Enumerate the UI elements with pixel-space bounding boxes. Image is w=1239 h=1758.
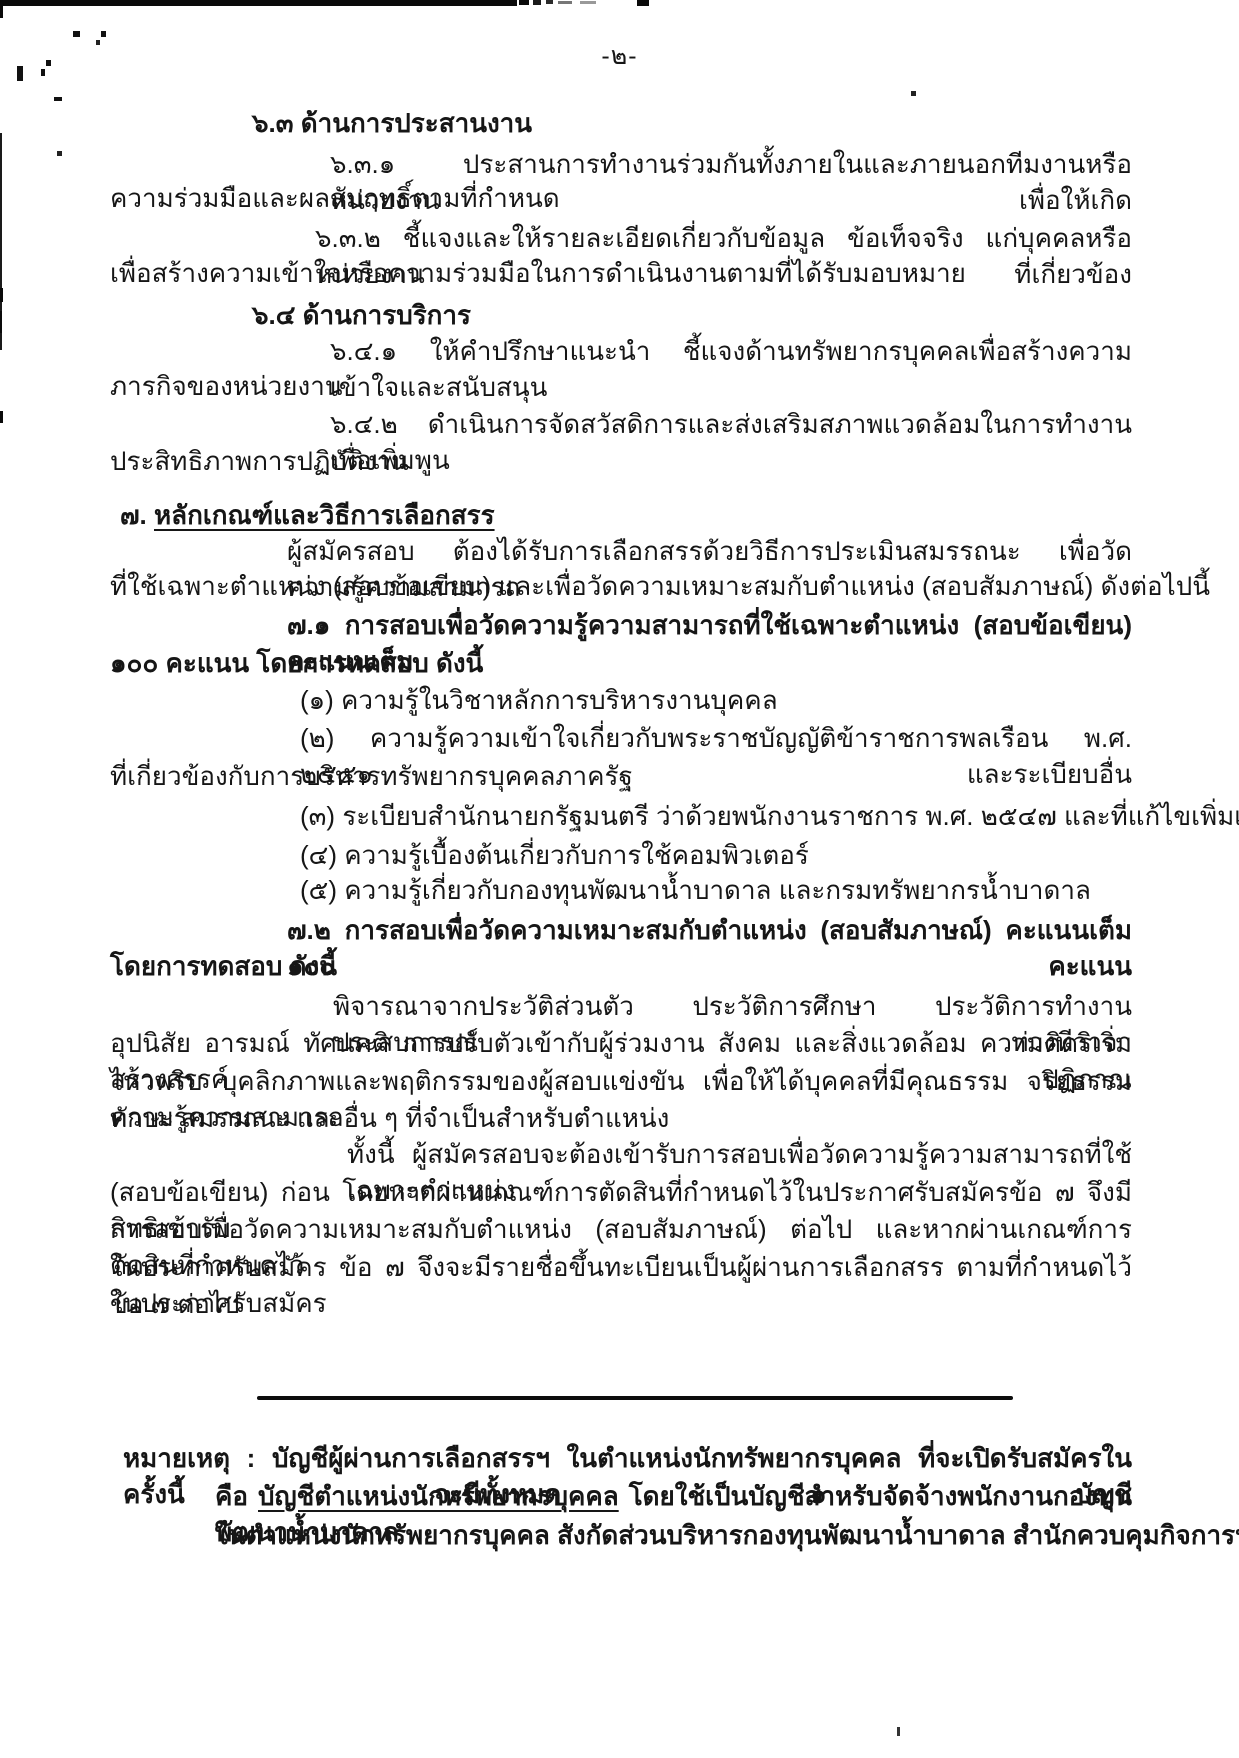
scan-speck [46,60,51,66]
scan-speck [54,97,62,101]
scan-speck [897,1727,900,1736]
text-line: ภารกิจของหน่วยงาน [110,368,343,404]
text-segment: ๖.๓ ด้านการประสานงาน [252,108,532,138]
scan-speck [57,151,62,156]
text-segment: ๗. [120,500,154,530]
text-line: (๕) ความรู้เกี่ยวกับกองทุนพัฒนาน้ำบาดาล … [300,872,1091,908]
text-segment: (๔) ความรู้เบื้องต้นเกี่ยวกับการใช้คอมพิ… [300,840,809,870]
text-line: ในตำแหน่งนักทรัพยากรบุคคล สังกัดส่วนบริห… [215,1517,1239,1553]
text-segment: ความร่วมมือและผลสัมฤทธิ์ตามที่กำหนด [110,183,560,213]
divider-line [257,1396,1013,1400]
scan-speck [0,0,517,6]
text-line: ๖.๔.๑ ให้คำปรึกษาแนะนำ ชี้แจงด้านทรัพยาก… [330,333,1132,405]
text-segment: ๖.๔.๒ ดำเนินการจัดสวัสดิการและส่งเสริมสภ… [330,409,1132,475]
text-line: ที่เกี่ยวข้องกับการบริหารทรัพยากรบุคคลภา… [110,758,633,794]
text-line: (๓) ระเบียบสำนักนายกรัฐมนตรี ว่าด้วยพนัก… [300,798,1239,834]
text-line: ข้อ ๗ ต่อไป [110,1286,239,1322]
text-line: ๖.๓ ด้านการประสานงาน [252,105,532,141]
text-segment: ที่เกี่ยวข้องกับการบริหารทรัพยากรบุคคลภา… [110,761,633,791]
text-segment: (๕) ความรู้เกี่ยวกับกองทุนพัฒนาน้ำบาดาล … [300,875,1091,905]
scan-speck [580,1,596,4]
text-segment: ๑๐๐ คะแนน โดยการทดสอบ ดังนี้ [110,648,483,678]
text-segment: เพื่อสร้างความเข้าใจหรือความร่วมมือในการ… [110,258,966,288]
text-line: ที่ใช้เฉพาะตำแหน่ง (สอบข้อเขียน) และเพื่… [110,568,1210,604]
text-line: โดยการทดสอบ ดังนี้ [110,948,337,984]
scan-speck [546,0,553,4]
scan-speck [0,288,3,302]
scan-speck [0,411,3,423]
text-line: (๑) ความรู้ในวิชาหลักการบริหารงานบุคคล [300,682,778,718]
text-segment: หลักเกณฑ์และวิธีการเลือกสรร [154,500,495,530]
text-line: ทักษะ สมรรถนะ และอื่น ๆ ที่จำเป็นสำหรับต… [110,1100,669,1136]
scan-speck [101,31,106,37]
page-number: -๒- [0,36,1239,76]
scan-speck [533,0,541,5]
scan-speck [0,0,3,18]
text-segment: ภารกิจของหน่วยงาน [110,371,343,401]
text-line: เพื่อสร้างความเข้าใจหรือความร่วมมือในการ… [110,255,966,291]
text-line: ประสิทธิภาพการปฏิบัติงาน [110,443,409,479]
scan-speck [519,0,529,5]
scan-speck [0,311,2,333]
text-line: ๖.๔ ด้านการบริการ [252,297,471,333]
document-page: -๒- ๖.๓ ด้านการประสานงาน๖.๓.๑ ประสานการท… [0,0,1239,1758]
text-segment: ประสิทธิภาพการปฏิบัติงาน [110,446,409,476]
text-segment: คือ [215,1481,258,1511]
text-segment: ที่ใช้เฉพาะตำแหน่ง (สอบข้อเขียน) และเพื่… [110,571,1210,601]
text-line: ในประกาศรับสมัคร ข้อ ๗ จึงจะมีรายชื่อขึ้… [110,1249,1132,1321]
text-segment: ทักษะ สมรรถนะ และอื่น ๆ ที่จำเป็นสำหรับต… [110,1103,669,1133]
scan-speck [558,1,572,4]
text-line: (๔) ความรู้เบื้องต้นเกี่ยวกับการใช้คอมพิ… [300,837,809,873]
text-segment: ในตำแหน่งนักทรัพยากรบุคคล สังกัดส่วนบริห… [215,1520,1239,1550]
text-line: ความร่วมมือและผลสัมฤทธิ์ตามที่กำหนด [110,180,560,216]
text-segment: บัญชีตำแหน่งนักทรัพยากรบุคคล [258,1481,619,1511]
scan-speck [96,40,100,45]
scan-speck [41,69,45,76]
text-segment: โดยการทดสอบ ดังนี้ [110,951,337,981]
scan-speck [17,66,23,81]
text-segment: ๗.๒ การสอบเพื่อวัดความเหมาะสมกับตำแหน่ง … [287,915,1132,981]
text-segment: (๓) ระเบียบสำนักนายกรัฐมนตรี ว่าด้วยพนัก… [300,801,1239,831]
scan-speck [73,31,80,37]
text-line: ๑๐๐ คะแนน โดยการทดสอบ ดังนี้ [110,645,483,681]
text-segment: ในประกาศรับสมัคร ข้อ ๗ จึงจะมีรายชื่อขึ้… [110,1252,1132,1318]
scan-speck [637,0,649,6]
text-line: ๗.๒ การสอบเพื่อวัดความเหมาะสมกับตำแหน่ง … [287,912,1132,984]
text-line: ๗. หลักเกณฑ์และวิธีการเลือกสรร [120,497,495,533]
scan-speck [911,91,916,96]
text-segment: (๑) ความรู้ในวิชาหลักการบริหารงานบุคคล [300,685,778,715]
text-segment: ๖.๔ ด้านการบริการ [252,300,471,330]
text-segment: ๖.๔.๑ ให้คำปรึกษาแนะนำ ชี้แจงด้านทรัพยาก… [330,336,1132,402]
text-segment: ข้อ ๗ ต่อไป [110,1289,239,1319]
text-line: ๖.๔.๒ ดำเนินการจัดสวัสดิการและส่งเสริมสภ… [330,406,1132,478]
